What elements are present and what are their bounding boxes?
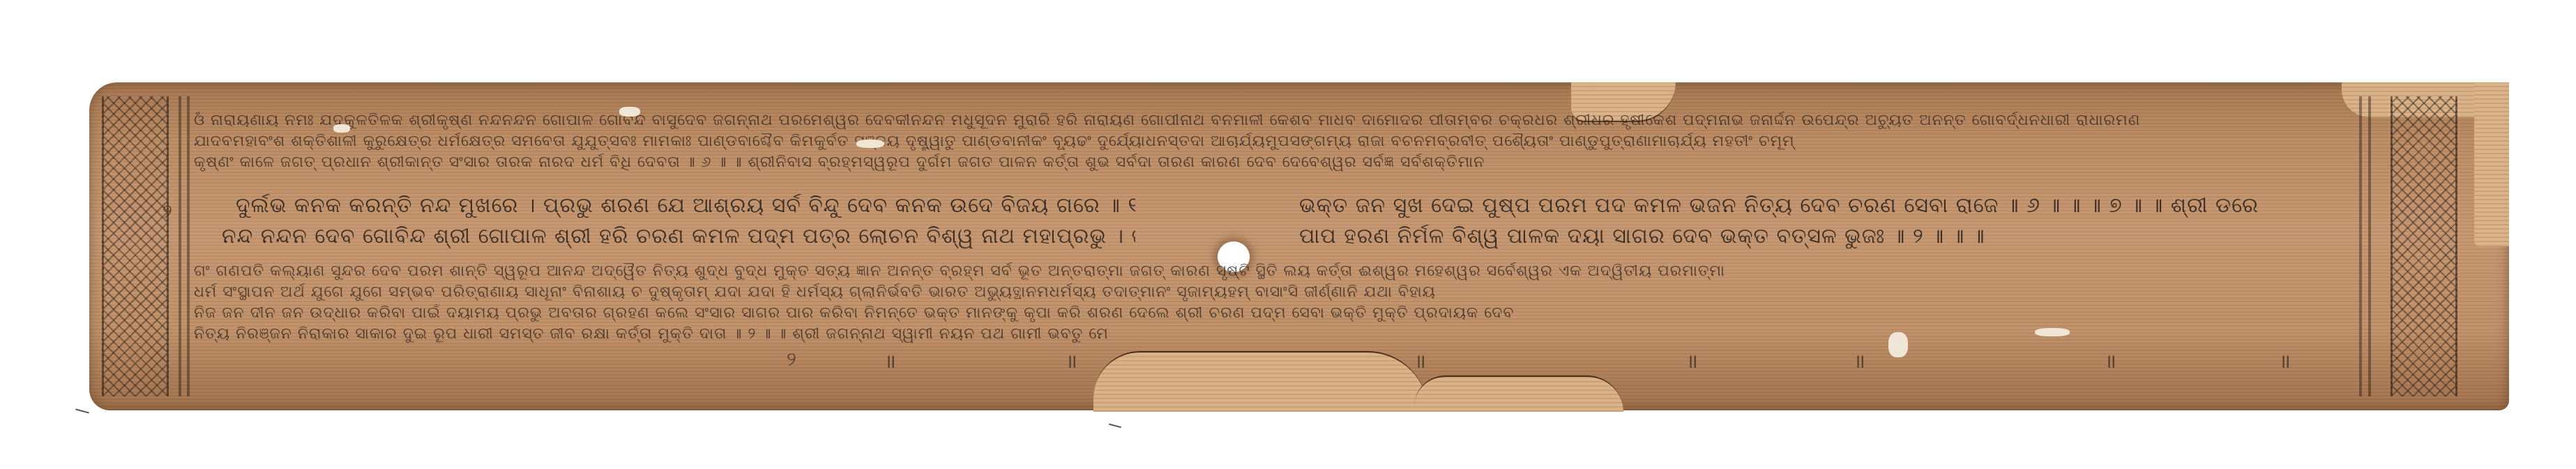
folio-marker: ॥ [1686,348,1698,374]
verse-line-2-left: ନନ୍ଦ ନନ୍ଦନ ଦେବ ଗୋବିନ୍ଦ ଶ୍ରୀ ଗୋପାଳ ଶ୍ରୀ ହ… [222,225,1135,248]
left-crosshatch-border [102,96,169,396]
commentary-top-line-1: ଓଁ ନାରାୟଣାୟ ନମଃ ଯଦୁକୁଳତିଳକ ଶ୍ରୀକୃଷ୍ଣ ନନ୍… [194,112,2356,130]
commentary-bottom-line-1: ଗଂ ଗଣପତି କଲ୍ୟାଣ ସୁନ୍ଦର ଦେବ ପରମ ଶାନ୍ତି ସ୍… [194,262,2356,281]
stray-mark [1109,424,1121,429]
folio-marker: ॥ [2105,348,2116,374]
worn-spot [333,124,350,133]
verse-marker: ୨ [162,200,172,223]
commentary-top-line-2: ଯାଦବମହାବଂଶ ଶକ୍ତିଶାଳୀ କୁରୁକ୍ଷେତ୍ର ଧର୍ମକ୍ଷ… [194,133,2356,151]
palm-leaf: ଓଁ ନାରାୟଣାୟ ନମଃ ଯଦୁକୁଳତିଳକ ଶ୍ରୀକୃଷ୍ଣ ନନ୍… [89,82,2509,410]
verse-line-2-right: ପାପ ହରଣ ନିର୍ମଳ ବିଶ୍ୱ ପାଳକ ଦୟା ସାଗର ଦେବ ଭ… [1299,225,2345,248]
damaged-area-right-edge [2474,82,2509,246]
worn-spot [1888,332,1908,357]
worn-spot [619,107,640,117]
folio-marker: ॥ [1414,348,1426,374]
commentary-bottom-line-4: ନିତ୍ୟ ନିରଞ୍ଜନ ନିରାକାର ସାକାର ଦୁଇ ରୂପ ଧାରୀ… [194,325,2356,343]
verse-line-1-left: ଦୁର୍ଲଭ କନକ କରନ୍ତି ନନ୍ଦ ମୁଖରେ । ପ୍ରଭୁ ଶରଣ… [236,194,1135,218]
folio-number: ୨ [787,348,796,371]
verse-line-1-right: ଭକ୍ତ ଜନ ସୁଖ ଦେଇ ପୁଷ୍ପ ପରମ ପଦ କମଳ ଭଜନ ନିତ… [1299,194,2345,218]
damaged-area-bottom [1093,351,1428,412]
worn-spot [856,140,884,148]
right-crosshatch-border [2391,96,2457,396]
right-margin-rule [2359,96,2362,396]
folio-marker: ॥ [2279,348,2291,374]
commentary-bottom-line-3: ନିଜ ଜନ ଦୀନ ଜନ ଉଦ୍ଧାର କରିବା ପାଇଁ ଦୟାମୟ ପ୍… [194,304,2356,322]
folio-marker: ॥ [884,348,896,374]
folio-marker: ॥ [1066,348,1077,374]
left-margin-rule [179,96,181,396]
left-margin-rule-inner [187,96,190,396]
folio-marker: ॥ [1854,348,1865,374]
damaged-area-bottom-small [1414,375,1623,412]
worn-spot [2035,328,2070,336]
commentary-top-line-3: କୃଷ୍ଣଂ କାଳେ ଜଗତ୍ ପ୍ରଧାନ ଶ୍ରୀକାନ୍ତ ସଂସାର … [194,154,2356,172]
stray-mark [75,408,89,413]
right-margin-rule-inner [2368,96,2371,396]
commentary-bottom-line-2: ଧର୍ମ ସଂସ୍ଥାପନ ଅର୍ଥ ଯୁଗେ ଯୁଗେ ସମ୍ଭବ ପରିତ୍… [194,283,2356,301]
